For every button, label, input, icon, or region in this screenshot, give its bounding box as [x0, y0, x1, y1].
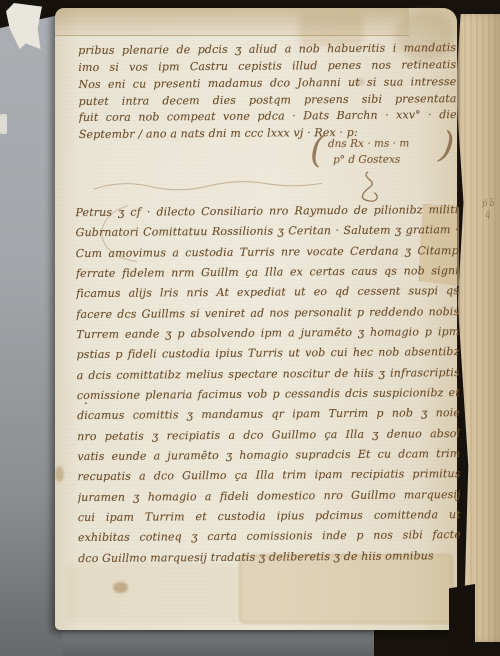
- shadow-gap: [449, 584, 475, 656]
- text-line: pstias p fideli custodia ipius Turris ut…: [77, 346, 460, 363]
- text-line: a dcis comittatibz melius spectare nosci…: [77, 367, 460, 384]
- text-line: comissione plenaria facimus vob p cessan…: [77, 387, 460, 404]
- manuscript-page: pribus plenarie de pdcis ʒ aliud a nob h…: [55, 8, 457, 630]
- text-line: ferrate fidelem nrm Guillm ça Illa ex ce…: [76, 265, 459, 282]
- text-line: ficamus alijs lris nris At expediat ut e…: [76, 285, 459, 302]
- text-line: nro petatis ʒ recipiatis a dco Guillmo ç…: [77, 428, 460, 445]
- torn-leaf-edge-left: [0, 114, 7, 134]
- text-line: Cum amovimus a custodia Turris nre vocat…: [76, 245, 459, 262]
- handwritten-content: pribus plenarie de pdcis ʒ aliud a nob h…: [55, 5, 462, 630]
- leaf-faint-text-fragment: p̃ b̃: [482, 200, 495, 208]
- text-line: Petrus ʒ cf · dilecto Consiliario nro Ra…: [75, 204, 458, 221]
- text-line: vatis eunde a juramēto ʒ homagio supradc…: [77, 448, 460, 465]
- manuscript-photo: p̃ b̃ q̃ pribus plenarie de pdcis ʒ aliu…: [0, 0, 500, 656]
- text-line: facere dcs Guillms si veniret ad nos per…: [76, 306, 459, 323]
- text-line: Gubrnatori Comittatuu Rossilionis ʒ Ceri…: [76, 224, 459, 241]
- text-line: Turrem eande ʒ p absolvendo ipm a juramē…: [76, 326, 459, 343]
- text-line: dicamus comittis ʒ mandamus qr ipam Turr…: [77, 407, 460, 424]
- leaf-faint-text-fragment: q̃: [485, 211, 490, 219]
- wavy-flourish: [94, 181, 322, 190]
